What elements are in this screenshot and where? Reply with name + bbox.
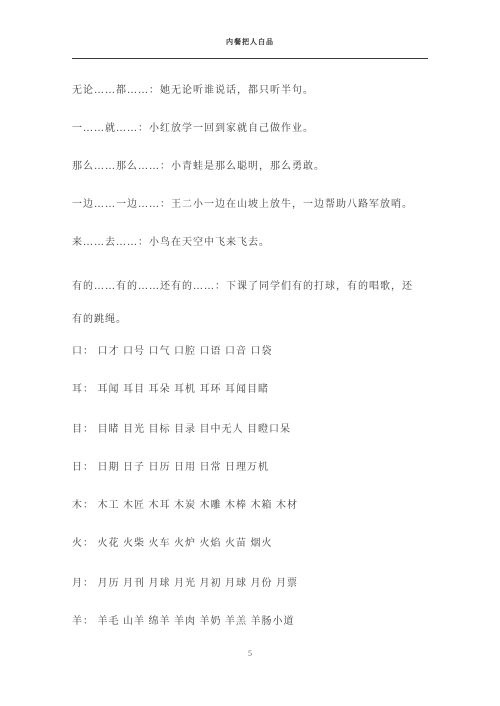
page-footer: 5 <box>0 643 500 661</box>
sentence-pattern-line: 一边……一边……：王二小一边在山坡上放牛，一边帮助八路军放哨。 <box>72 186 432 224</box>
header-title: 内餐把人白品 <box>226 38 274 46</box>
header-divider <box>72 58 428 59</box>
word-group-line: 日： 日期 日子 日历 日用 日常 日理万机 <box>72 449 432 487</box>
sentence-pattern-line: 一……就……：小红放学一回到家就自己做作业。 <box>72 110 432 148</box>
sentence-pattern-line: 来……去……：小鸟在天空中飞来飞去。 <box>72 224 432 262</box>
word-group-line: 月： 月历 月刊 月球 月光 月初 月球 月份 月票 <box>72 565 432 603</box>
word-group-line: 羊： 羊毛 山羊 绵羊 羊肉 羊奶 羊羔 羊肠小道 <box>72 603 432 641</box>
word-group-line: 木： 木工 木匠 木耳 木炭 木雕 木棒 木箱 木材 <box>72 487 432 525</box>
sentence-pattern-line-continuation: 有的跳绳。 <box>72 306 432 333</box>
word-group-line: 口： 口才 口号 口气 口腔 口语 口音 口袋 <box>72 333 432 371</box>
word-group-line: 火： 火花 火柴 火车 火炉 火焰 火苗 烟火 <box>72 525 432 563</box>
page-header: 内餐把人白品 <box>0 0 500 49</box>
sentence-pattern-line: 有的……有的……还有的……：下课了同学们有的打球，有的唱歌，还 <box>72 268 432 306</box>
word-group-line: 目： 目睹 目光 目标 目录 目中无人 目瞪口呆 <box>72 411 432 449</box>
page-number: 5 <box>248 649 252 658</box>
document-page: 内餐把人白品 无论……都……：她无论听谁说话，都只听半句。 一……就……：小红放… <box>0 0 500 706</box>
sentence-pattern-line: 无论……都……：她无论听谁说话，都只听半句。 <box>72 72 432 110</box>
word-group-line: 耳： 耳闻 耳目 耳朵 耳机 耳环 耳闻目睹 <box>72 371 432 409</box>
sentence-pattern-line: 那么……那么……：小青蛙是那么聪明，那么勇敢。 <box>72 148 432 186</box>
page-content: 无论……都……：她无论听谁说话，都只听半句。 一……就……：小红放学一回到家就自… <box>0 72 500 641</box>
